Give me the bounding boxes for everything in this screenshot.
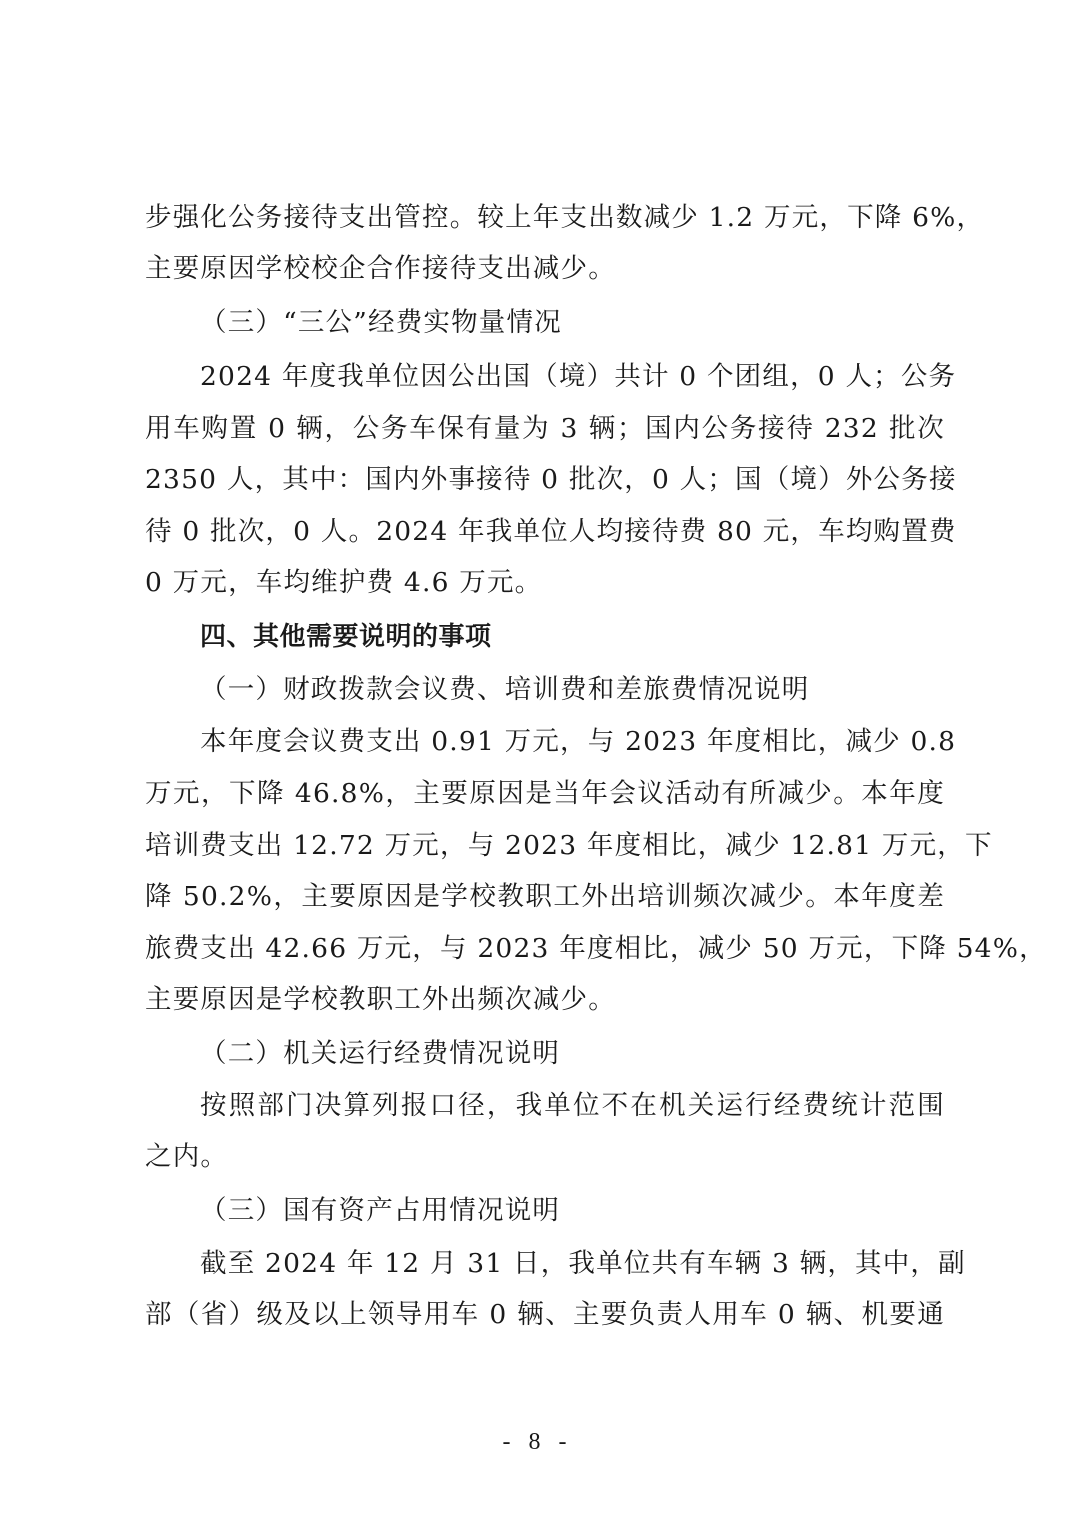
paragraph-line: 主要原因学校校企合作接待支出减少。: [145, 249, 945, 289]
paragraph-line: 2350 人，其中：国内外事接待 0 批次，0 人；国（境）外公务接: [145, 460, 945, 500]
paragraph-first-line: 本年度会议费支出 0.91 万元，与 2023 年度相比，减少 0.8: [200, 722, 945, 762]
paragraph-line: 0 万元，车均维护费 4.6 万元。: [145, 563, 945, 603]
paragraph-first-line: 按照部门决算列报口径，我单位不在机关运行经费统计范围: [200, 1086, 945, 1126]
page-number: - 8 -: [0, 1426, 1075, 1458]
section-heading: 四、其他需要说明的事项: [200, 617, 945, 657]
paragraph-line: 步强化公务接待支出管控。较上年支出数减少 1.2 万元，下降 6%，: [145, 198, 945, 238]
paragraph-first-line: 截至 2024 年 12 月 31 日，我单位共有车辆 3 辆，其中，副: [200, 1244, 945, 1284]
subsection-heading: （三）“三公”经费实物量情况: [200, 303, 945, 343]
paragraph-line: 降 50.2%，主要原因是学校教职工外出培训频次减少。本年度差: [145, 877, 945, 917]
paragraph-line: 主要原因是学校教职工外出频次减少。: [145, 980, 945, 1020]
paragraph-line: 培训费支出 12.72 万元，与 2023 年度相比，减少 12.81 万元，下: [145, 826, 945, 866]
paragraph-line: 待 0 批次，0 人。2024 年我单位人均接待费 80 元，车均购置费: [145, 512, 945, 552]
paragraph-line: 之内。: [145, 1137, 945, 1177]
paragraph-line: 万元，下降 46.8%，主要原因是当年会议活动有所减少。本年度: [145, 774, 945, 814]
subsection-heading: （一）财政拨款会议费、培训费和差旅费情况说明: [200, 670, 945, 710]
paragraph-line: 部（省）级及以上领导用车 0 辆、主要负责人用车 0 辆、机要通: [145, 1295, 945, 1335]
paragraph-first-line: 2024 年度我单位因公出国（境）共计 0 个团组，0 人；公务: [200, 357, 945, 397]
document-page: 步强化公务接待支出管控。较上年支出数减少 1.2 万元，下降 6%，主要原因学校…: [0, 0, 1075, 1520]
paragraph-line: 旅费支出 42.66 万元，与 2023 年度相比，减少 50 万元，下降 54…: [145, 929, 945, 969]
paragraph-line: 用车购置 0 辆，公务车保有量为 3 辆；国内公务接待 232 批次: [145, 409, 945, 449]
subsection-heading: （三）国有资产占用情况说明: [200, 1191, 945, 1231]
subsection-heading: （二）机关运行经费情况说明: [200, 1034, 945, 1074]
